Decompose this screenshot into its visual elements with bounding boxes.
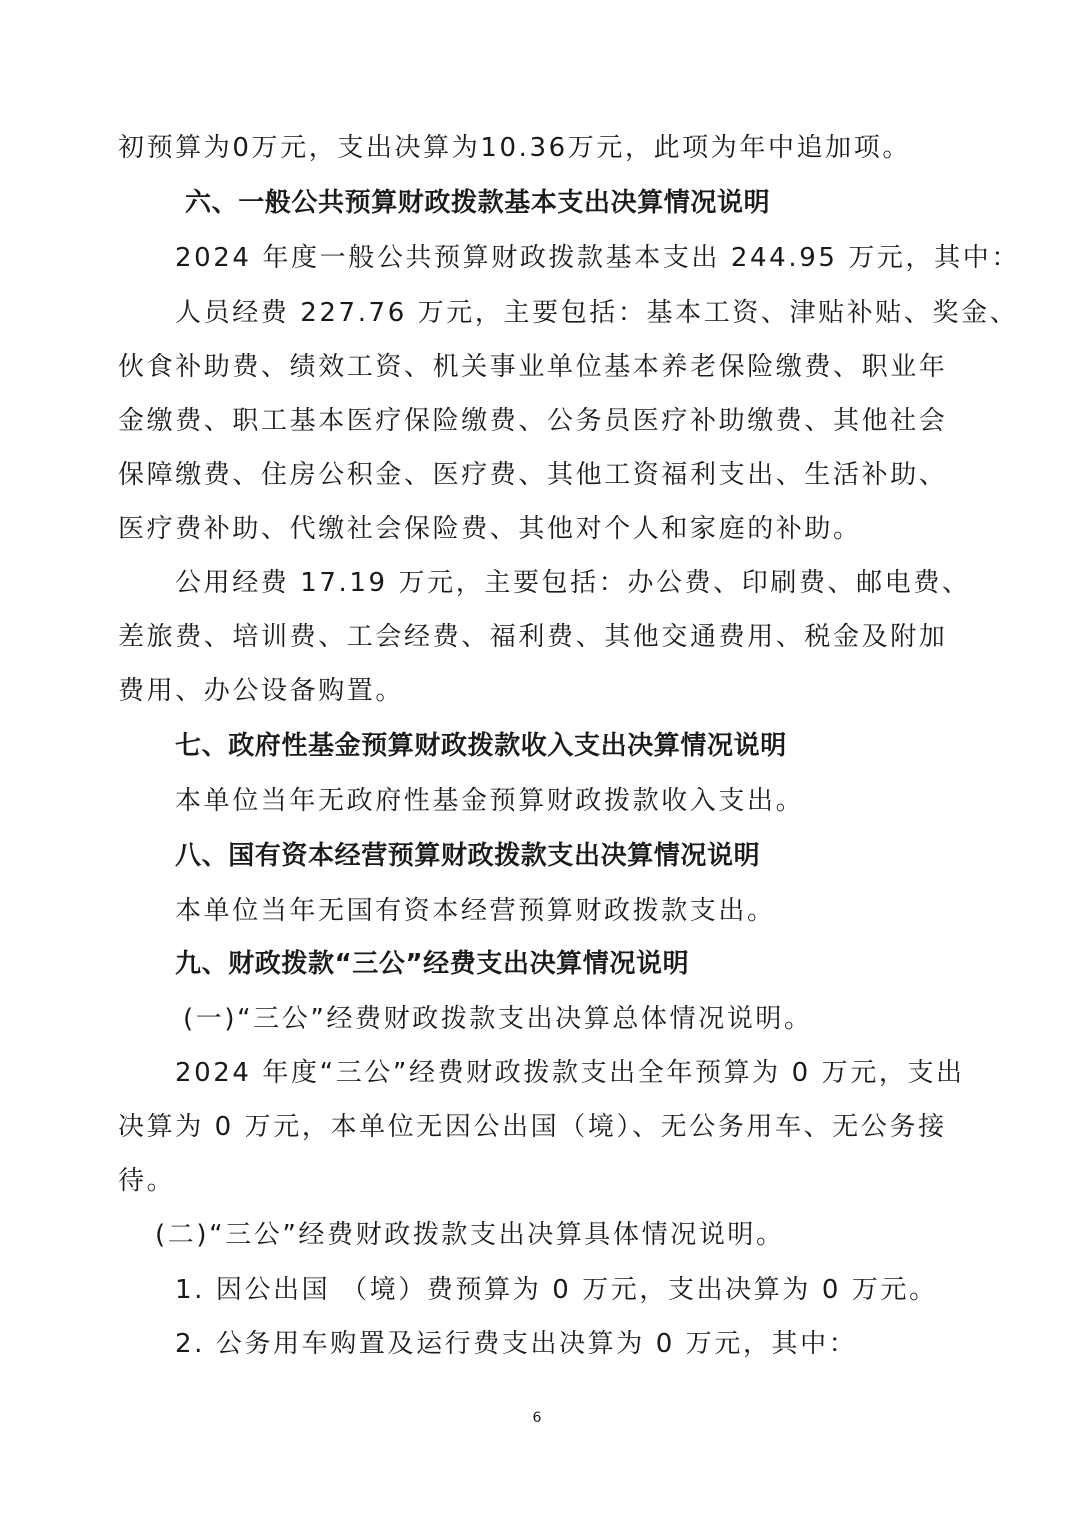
section-heading: 七、政府性基金预算财政拨款收入支出决算情况说明 [175, 730, 787, 762]
page-number: 6 [0, 1410, 1074, 1426]
section-heading: 六、一般公共预算财政拨款基本支出决算情况说明 [185, 187, 770, 219]
body-text-line: 金缴费、职工基本医疗保险缴费、公务员医疗补助缴费、其他社会 [118, 405, 947, 437]
body-text-line: 2024 年度一般公共预算财政拨款基本支出 244.95 万元，其中： [175, 242, 1020, 274]
body-text-line: (二)“三公”经费财政拨款支出决算具体情况说明。 [155, 1219, 785, 1251]
body-text-line: (一)“三公”经费财政拨款支出决算总体情况说明。 [183, 1003, 813, 1035]
body-text-line: 费用、办公设备购置。 [118, 675, 404, 707]
body-text-line: 本单位当年无国有资本经营预算财政拨款支出。 [175, 895, 776, 927]
body-text-line: 伙食补助费、绩效工资、机关事业单位基本养老保险缴费、职业年 [118, 351, 947, 383]
body-text-line: 差旅费、培训费、工会经费、福利费、其他交通费用、税金及附加 [118, 621, 947, 653]
body-text-line: 决算为 0 万元，本单位无因公出国（境）、无公务用车、无公务接 [118, 1111, 947, 1143]
body-text-line: 公用经费 17.19 万元，主要包括：办公费、印刷费、邮电费、 [175, 567, 971, 599]
section-heading: 八、国有资本经营预算财政拨款支出决算情况说明 [175, 840, 760, 872]
body-text-line: 待。 [118, 1165, 175, 1197]
section-heading: 九、财政拨款“三公”经费支出决算情况说明 [175, 948, 689, 980]
body-text-line: 2. 公务用车购置及运行费支出决算为 0 万元，其中： [175, 1328, 857, 1360]
body-text-line: 初预算为0万元，支出决算为10.36万元，此项为年中追加项。 [118, 132, 911, 164]
body-text-line: 2024 年度“三公”经费财政拨款支出全年预算为 0 万元，支出 [175, 1057, 965, 1089]
body-text-line: 保障缴费、住房公积金、医疗费、其他工资福利支出、生活补助、 [118, 459, 947, 491]
body-text-line: 医疗费补助、代缴社会保险费、其他对个人和家庭的补助。 [118, 513, 862, 545]
body-text-line: 1. 因公出国 （境）费预算为 0 万元，支出决算为 0 万元。 [175, 1274, 938, 1306]
body-text-line: 本单位当年无政府性基金预算财政拨款收入支出。 [175, 785, 804, 817]
body-text-line: 人员经费 227.76 万元，主要包括：基本工资、津贴补贴、奖金、 [175, 297, 1018, 329]
